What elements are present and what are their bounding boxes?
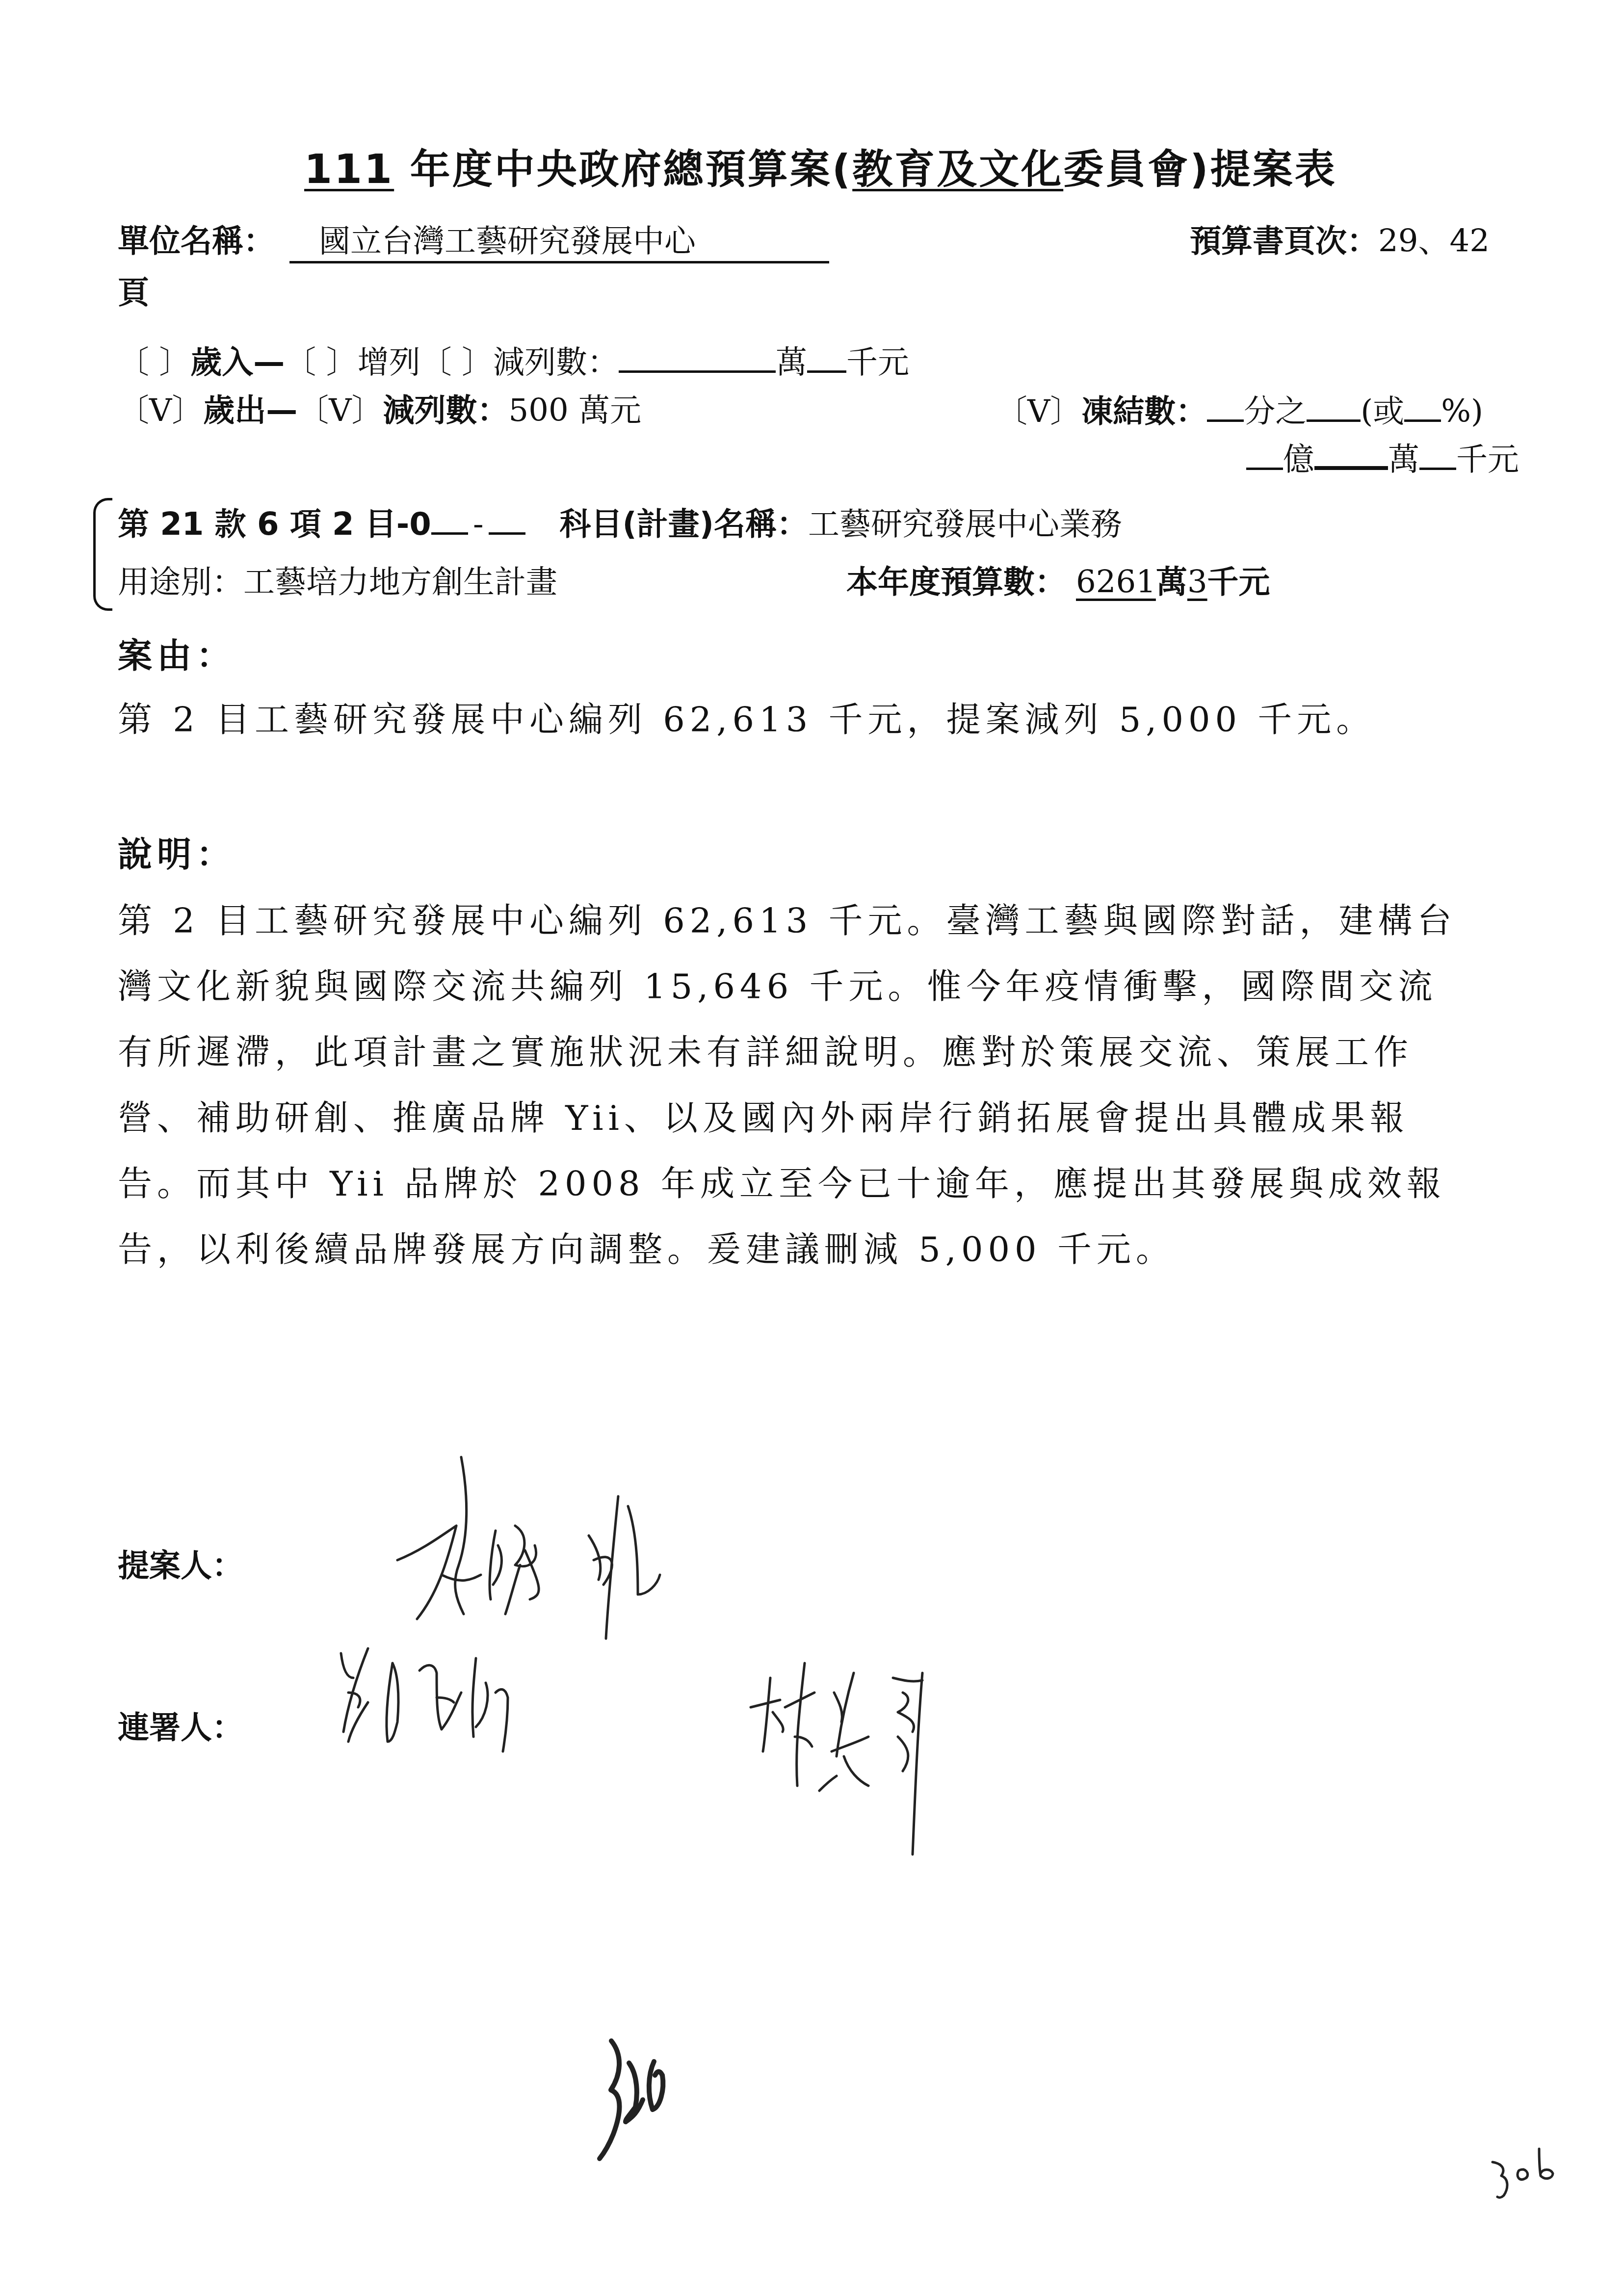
usage-value: 工藝培力地方創生計畫: [243, 564, 557, 600]
explanation-line: 營、補助研創、推廣品牌 Yii、以及國內外兩岸行銷拓展會提出具體成果報: [118, 1085, 1456, 1151]
item-code: 第 21 款 6 項 2 目-0: [118, 506, 431, 543]
budget-label: 本年度預算數：: [846, 564, 1066, 600]
expenditure-decrease-checkbox[interactable]: 〔V〕: [297, 392, 383, 429]
explanation-line: 灣文化新貌與國際交流共編列 15,646 千元。惟今年疫情衝擊，國際間交流: [118, 954, 1456, 1019]
title-text-1: 年度中央政府總預算案(: [394, 146, 852, 193]
freeze-checkbox[interactable]: 〔V〕: [996, 393, 1081, 430]
fen-zhi-label: 分之: [1244, 393, 1307, 430]
revenue-line: 〔 〕歲入—〔 〕增列〔 〕減列數：萬千元: [118, 336, 909, 382]
item-code-blank-1[interactable]: [431, 498, 468, 535]
subject-value: 工藝研究發展中心業務: [808, 506, 1122, 543]
reason-heading: 案由：: [118, 623, 236, 689]
budget-wan-unit: 萬: [1156, 564, 1187, 600]
qian-yuan-unit: 千元: [846, 344, 909, 381]
explanation-heading: 說明：: [118, 822, 236, 887]
budget-qian-unit: 千元: [1207, 564, 1270, 600]
expenditure-label: 歲出—: [203, 392, 297, 429]
explanation-body: 第 2 目工藝研究發展中心編列 62,613 千元。臺灣工藝與國際對話，建構台 …: [118, 888, 1456, 1282]
page-ref-value: 29、42: [1378, 223, 1490, 260]
revenue-label: 歲入—: [190, 344, 285, 381]
reason-text: 第 2 目工藝研究發展中心編列 62,613 千元，提案減列 5,000 千元。: [118, 687, 1375, 753]
budget-qian-value: 3: [1187, 564, 1207, 600]
budget-line: 本年度預算數：6261萬3千元: [846, 557, 1270, 602]
or-label: (或: [1361, 393, 1404, 430]
wan-unit: 萬: [776, 344, 807, 381]
decrease-label: 減列數：: [493, 344, 619, 381]
unit-value: 國立台灣工藝研究發展中心: [289, 216, 829, 263]
decrease-wan-blank[interactable]: [619, 336, 776, 373]
proposer-signature: [383, 1437, 726, 1645]
proposer-label: 提案人：: [118, 1540, 243, 1586]
unit-row: 單位名稱：國立台灣工藝研究發展中心: [118, 216, 829, 263]
usage-label: 用途別：: [118, 564, 243, 600]
increase-checkbox[interactable]: 〔 〕: [285, 344, 357, 381]
item-code-line: 第 21 款 6 項 2 目-0-科目(計畫)名稱：工藝研究發展中心業務: [118, 498, 1122, 544]
explanation-line: 有所遲滯，此項計畫之實施狀況未有詳細說明。應對於策展交流、策展工作: [118, 1019, 1456, 1085]
freeze-fraction-numerator-blank[interactable]: [1307, 385, 1361, 422]
cosigner-signature-2: [746, 1658, 1001, 1866]
form-title: 111 年度中央政府總預算案(教育及文化委員會)提案表: [304, 137, 1337, 195]
freeze-amount-line: 億萬千元: [1246, 432, 1519, 479]
title-year: 111: [304, 146, 394, 193]
freeze-wan-blank[interactable]: [1314, 432, 1388, 470]
item-block-bracket: [93, 498, 112, 611]
decrease-qian-blank[interactable]: [807, 336, 846, 373]
freeze-fraction-denominator-blank[interactable]: [1207, 385, 1244, 422]
item-code-dash: -: [468, 506, 489, 543]
page-suffix: 頁: [118, 267, 149, 313]
expenditure-decrease-label: 減列數：: [383, 392, 508, 429]
cosigner-signature-1: [339, 1644, 584, 1763]
decrease-checkbox[interactable]: 〔 〕: [420, 344, 493, 381]
qian-yuan-label: 千元: [1456, 442, 1519, 478]
item-code-blank-2[interactable]: [489, 498, 525, 535]
budget-wan-value: 6261: [1076, 564, 1156, 600]
wan-label: 萬: [1388, 442, 1419, 478]
page-ref: 預算書頁次：29、42: [1190, 216, 1490, 261]
expenditure-line: 〔V〕歲出—〔V〕減列數：500 萬元: [118, 385, 641, 430]
freeze-label: 凍結數：: [1081, 393, 1207, 430]
subject-label: 科目(計畫)名稱：: [560, 506, 809, 543]
unit-label: 單位名稱：: [118, 223, 275, 260]
explanation-line: 第 2 目工藝研究發展中心編列 62,613 千元。臺灣工藝與國際對話，建構台: [118, 888, 1456, 954]
page-ref-label: 預算書頁次：: [1190, 223, 1378, 260]
percent-label: %): [1441, 393, 1483, 430]
usage-line: 用途別：工藝培力地方創生計畫: [118, 557, 557, 602]
freeze-line: 〔V〕凍結數：分之(或%): [996, 385, 1483, 431]
cosigners-label: 連署人：: [118, 1702, 243, 1748]
revenue-checkbox[interactable]: 〔 〕: [118, 344, 190, 381]
yi-label: 億: [1283, 442, 1314, 478]
increase-label: 增列: [358, 344, 420, 381]
freeze-qian-blank[interactable]: [1419, 433, 1456, 470]
expenditure-checkbox[interactable]: 〔V〕: [118, 392, 203, 429]
freeze-percent-blank[interactable]: [1404, 385, 1441, 422]
handwritten-page-number-large: [589, 2021, 824, 2170]
title-committee: 教育及文化: [852, 146, 1063, 193]
explanation-line: 告。而其中 Yii 品牌於 2008 年成立至今已十逾年，應提出其發展與成效報: [118, 1151, 1456, 1217]
expenditure-decrease-value: 500 萬元: [508, 392, 641, 429]
title-text-2: 委員會)提案表: [1063, 146, 1336, 193]
explanation-line: 告，以利後續品牌發展方向調整。爰建議刪減 5,000 千元。: [118, 1217, 1456, 1282]
handwritten-page-number-small: [1492, 2149, 1560, 2205]
freeze-yi-blank[interactable]: [1246, 433, 1283, 470]
